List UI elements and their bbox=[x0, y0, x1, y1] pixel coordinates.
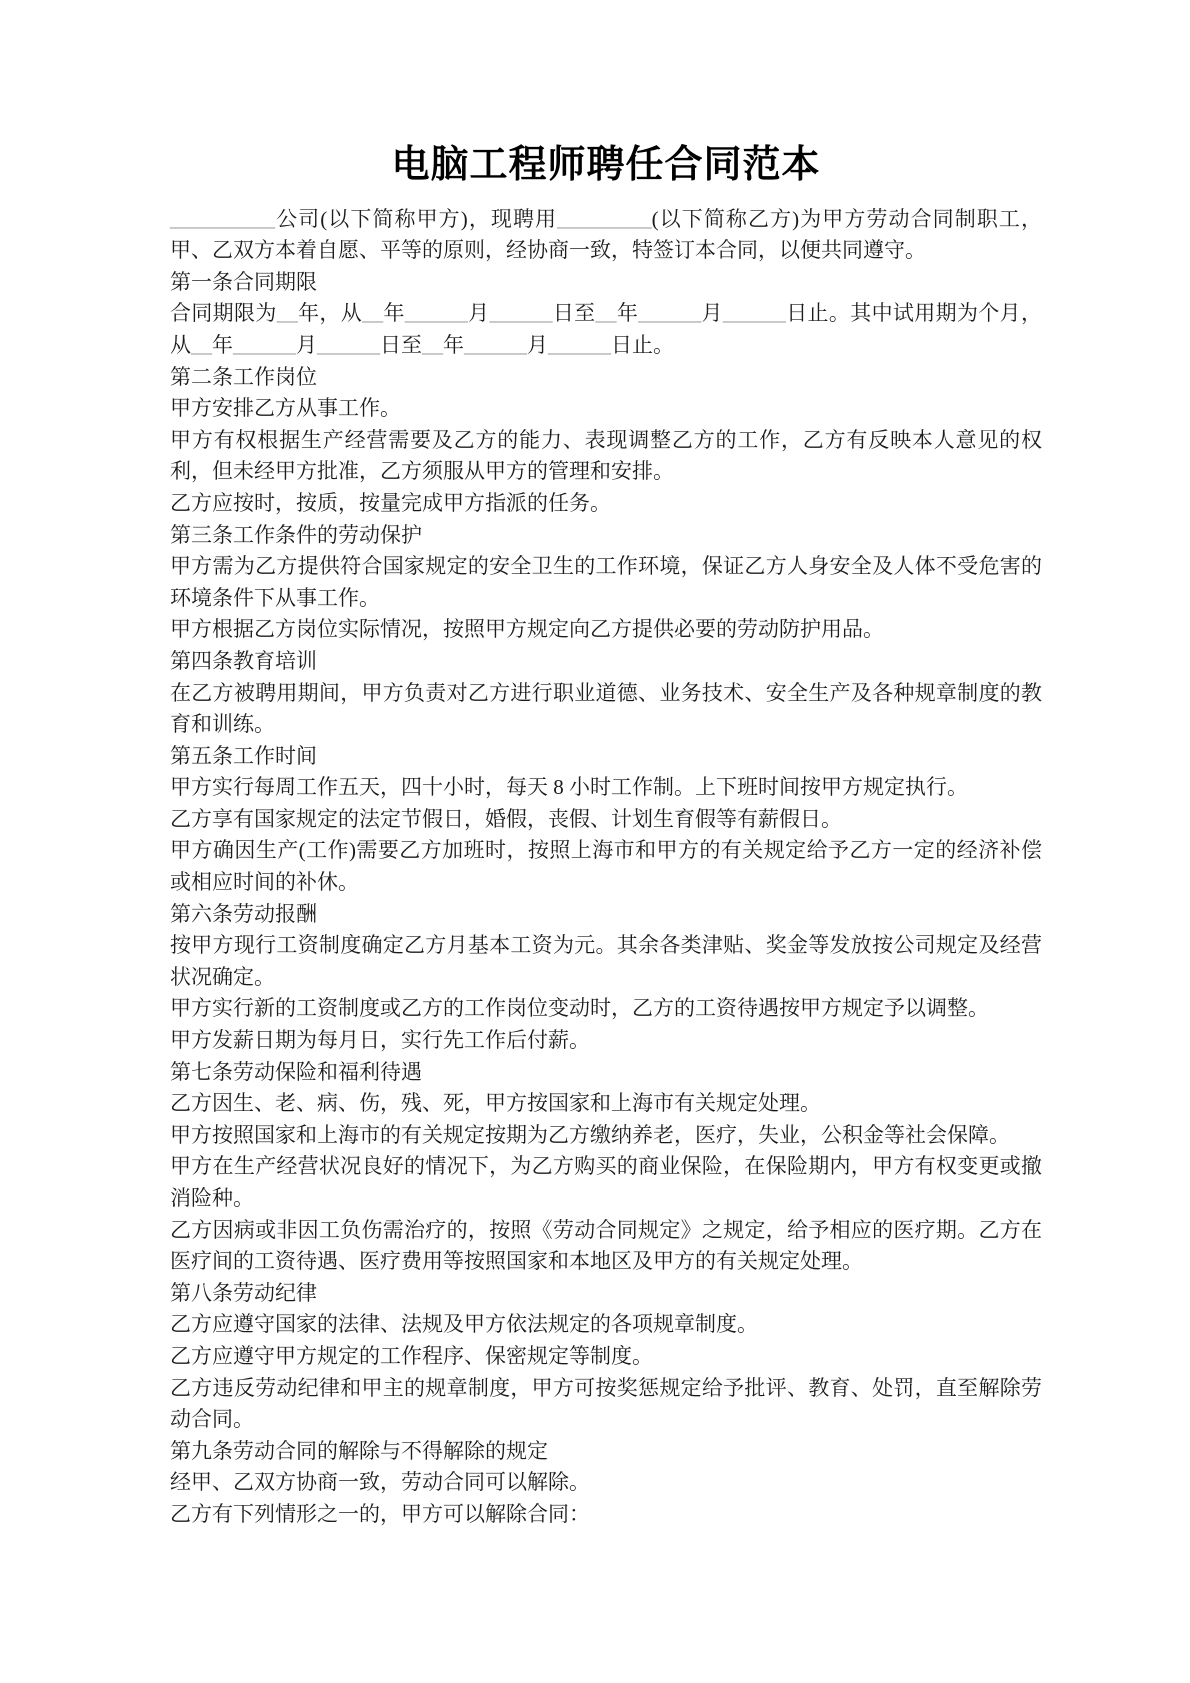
paragraph: 甲方发薪日期为每月日，实行先工作后付薪。 bbox=[170, 1025, 1042, 1057]
blank-underline: _________ bbox=[557, 207, 652, 231]
blank-underline: __ bbox=[362, 301, 383, 325]
paragraph: 乙方应按时，按质，按量完成甲方指派的任务。 bbox=[170, 488, 1042, 520]
blank-underline: ______ bbox=[233, 333, 296, 357]
paragraph: 合同期限为__年，从__年______月______日至__年______月__… bbox=[170, 298, 1042, 361]
paragraph: 甲方根据乙方岗位实际情况，按照甲方规定向乙方提供必要的劳动防护用品。 bbox=[170, 614, 1042, 646]
blank-underline: __ bbox=[596, 301, 617, 325]
paragraph: 甲方安排乙方从事工作。 bbox=[170, 393, 1042, 425]
paragraph: 甲方需为乙方提供符合国家规定的安全卫生的工作环境，保证乙方人身安全及人体不受危害… bbox=[170, 551, 1042, 614]
paragraph: 在乙方被聘用期间，甲方负责对乙方进行职业道德、业务技术、安全生产及各种规章制度的… bbox=[170, 678, 1042, 741]
blank-underline: __ bbox=[277, 301, 298, 325]
paragraph: 第八条劳动纪律 bbox=[170, 1278, 1042, 1310]
blank-underline: ______ bbox=[489, 301, 552, 325]
paragraph: 甲方按照国家和上海市的有关规定按期为乙方缴纳养老，医疗，失业，公积金等社会保障。 bbox=[170, 1120, 1042, 1152]
blank-underline: ______ bbox=[405, 301, 468, 325]
paragraph: 乙方有下列情形之一的，甲方可以解除合同： bbox=[170, 1499, 1042, 1531]
paragraph: 乙方违反劳动纪律和甲主的规章制度，甲方可按奖惩规定给予批评、教育、处罚，直至解除… bbox=[170, 1373, 1042, 1436]
paragraph: 甲方确因生产(工作)需要乙方加班时，按照上海市和甲方的有关规定给予乙方一定的经济… bbox=[170, 835, 1042, 898]
paragraph: 第三条工作条件的劳动保护 bbox=[170, 520, 1042, 552]
paragraph: 第四条教育培训 bbox=[170, 646, 1042, 678]
blank-underline: __ bbox=[422, 333, 443, 357]
paragraph: 乙方因病或非因工负伤需治疗的，按照《劳动合同规定》之规定，给予相应的医疗期。乙方… bbox=[170, 1215, 1042, 1278]
blank-underline: ______ bbox=[464, 333, 527, 357]
blank-underline: ______ bbox=[638, 301, 701, 325]
paragraph: 乙方享有国家规定的法定节假日，婚假，丧假、计划生育假等有薪假日。 bbox=[170, 804, 1042, 836]
document-body: __________公司(以下简称甲方)，现聘用_________(以下简称乙方… bbox=[170, 204, 1042, 1531]
blank-underline: __ bbox=[191, 333, 212, 357]
paragraph: 甲方在生产经营状况良好的情况下，为乙方购买的商业保险，在保险期内，甲方有权变更或… bbox=[170, 1151, 1042, 1214]
paragraph: 第六条劳动报酬 bbox=[170, 899, 1042, 931]
paragraph: 乙方应遵守国家的法律、法规及甲方依法规定的各项规章制度。 bbox=[170, 1309, 1042, 1341]
paragraph: 乙方因生、老、病、伤，残、死，甲方按国家和上海市有关规定处理。 bbox=[170, 1088, 1042, 1120]
document-title: 电脑工程师聘任合同范本 bbox=[170, 143, 1042, 189]
paragraph: 经甲、乙双方协商一致，劳动合同可以解除。 bbox=[170, 1467, 1042, 1499]
blank-underline: ______ bbox=[548, 333, 611, 357]
paragraph: 甲方实行每周工作五天，四十小时，每天 8 小时工作制。上下班时间按甲方规定执行。 bbox=[170, 772, 1042, 804]
paragraph: 甲方实行新的工资制度或乙方的工作岗位变动时，乙方的工资待遇按甲方规定予以调整。 bbox=[170, 993, 1042, 1025]
contract-document: 电脑工程师聘任合同范本 __________公司(以下简称甲方)，现聘用____… bbox=[0, 0, 1190, 1683]
paragraph: 甲方有权根据生产经营需要及乙方的能力、表现调整乙方的工作，乙方有反映本人意见的权… bbox=[170, 425, 1042, 488]
paragraph: 第七条劳动保险和福利待遇 bbox=[170, 1057, 1042, 1089]
paragraph: 第九条劳动合同的解除与不得解除的规定 bbox=[170, 1436, 1042, 1468]
paragraph: 第五条工作时间 bbox=[170, 741, 1042, 773]
paragraph: 按甲方现行工资制度确定乙方月基本工资为元。其余各类津贴、奖金等发放按公司规定及经… bbox=[170, 930, 1042, 993]
paragraph: 乙方应遵守甲方规定的工作程序、保密规定等制度。 bbox=[170, 1341, 1042, 1373]
blank-underline: ______ bbox=[723, 301, 786, 325]
blank-underline: ______ bbox=[317, 333, 380, 357]
paragraph: 第一条合同期限 bbox=[170, 267, 1042, 299]
blank-underline: __________ bbox=[170, 207, 275, 231]
paragraph: __________公司(以下简称甲方)，现聘用_________(以下简称乙方… bbox=[170, 204, 1042, 267]
paragraph: 第二条工作岗位 bbox=[170, 362, 1042, 394]
